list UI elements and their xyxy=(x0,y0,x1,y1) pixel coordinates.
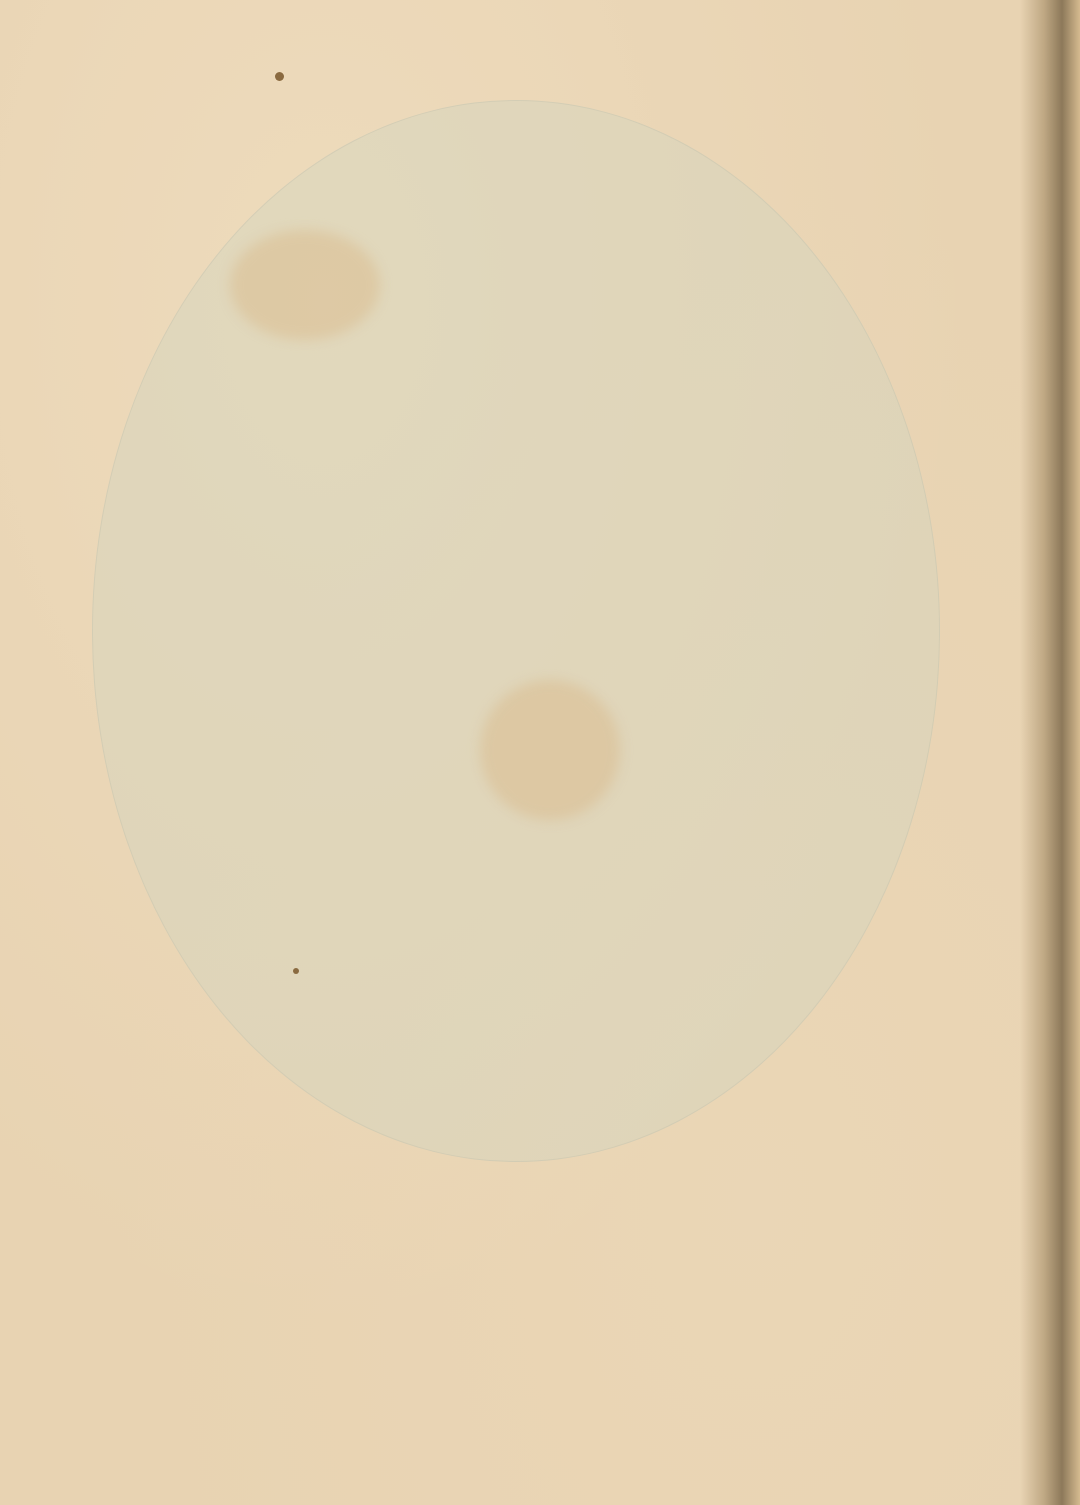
ink-spot xyxy=(293,968,299,974)
portrait-bleed-through-oval xyxy=(92,100,940,1162)
book-page xyxy=(0,0,1080,1505)
stain xyxy=(230,230,380,340)
binding-gutter-shadow xyxy=(1020,0,1080,1505)
stain xyxy=(480,680,620,820)
ink-spot xyxy=(275,72,284,81)
